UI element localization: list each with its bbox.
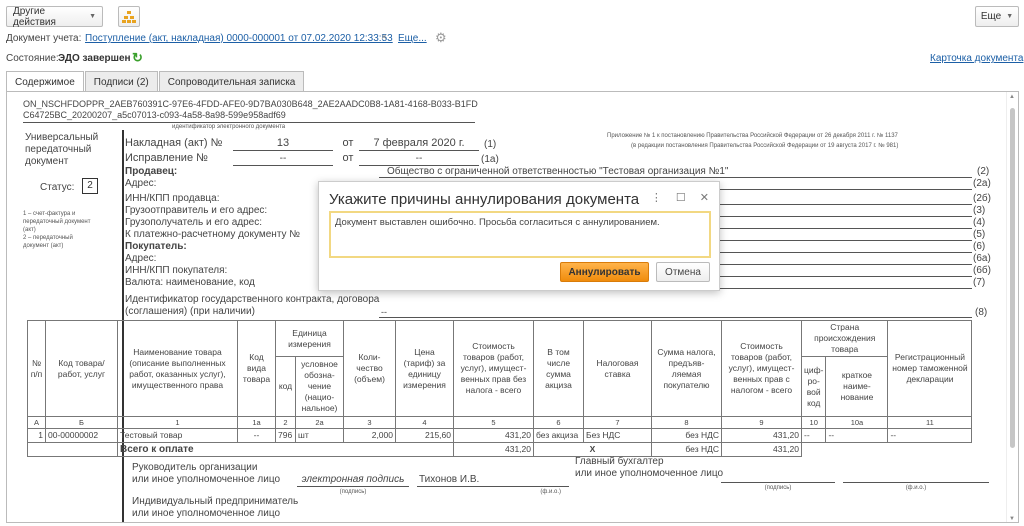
reason-textarea[interactable]: Документ выставлен ошибочно. Просьба сог… <box>329 211 711 258</box>
close-icon[interactable]: ✕ <box>700 191 709 204</box>
field-label: К платежно-расчетному документу № <box>125 229 300 240</box>
correction-code: (1а) <box>481 154 499 165</box>
scrollbar-thumb[interactable] <box>1010 108 1015 448</box>
correction-date: -- <box>359 153 479 164</box>
invoice-date: 7 февраля 2020 г. <box>359 137 479 149</box>
col-num: № п/п <box>28 321 46 417</box>
column-numbers-row: АБ11а22а34567891010а11 <box>28 417 972 429</box>
total-tax-sum: без НДС <box>652 443 722 457</box>
refresh-icon[interactable]: ↻ <box>132 50 143 66</box>
col-name: Наименование товара (описание выполненны… <box>118 321 238 417</box>
field-label: Покупатель: <box>125 241 187 252</box>
invoice-label: Накладная (акт) № <box>125 137 222 149</box>
column-number: 1 <box>118 417 238 429</box>
maximize-icon[interactable]: ☐ <box>676 191 686 204</box>
head-label2: или иное уполномоченное лицо <box>132 474 280 485</box>
ip-label2: или иное уполномоченное лицо <box>132 508 280 519</box>
ip-label1: Индивидуальный предприниматель <box>132 496 298 507</box>
column-number: 1а <box>238 417 276 429</box>
col-excise: В том числе сумма акциза <box>534 321 584 417</box>
total-row: Всего к оплате 431,20 X без НДС 431,20 <box>28 443 972 457</box>
other-actions-label: Другие действия <box>13 6 84 28</box>
field-label: ИНН/КПП покупателя: <box>125 265 227 276</box>
invoice-number: 13 <box>233 137 333 149</box>
table-cell: 796 <box>276 429 296 443</box>
account-doc-link[interactable]: Поступление (акт, накладная) 0000-000001… <box>85 33 393 44</box>
more-label: Еще <box>981 11 1001 22</box>
table-row: 100-00000002Тестовый товар--796шт2,00021… <box>28 429 972 443</box>
other-actions-button[interactable]: Другие действия▼ <box>6 6 103 27</box>
clear-icon[interactable]: × <box>381 32 387 43</box>
col-unit-name: условное обозна- чение (нацио- нальное) <box>296 357 344 417</box>
table-cell: 2,000 <box>344 429 396 443</box>
cancel-reason-dialog: Укажите причины аннулирования документа … <box>318 181 720 291</box>
status-note: 1 – счет-фактура ипередаточный документ(… <box>23 210 90 250</box>
appendix-line1: Приложение № 1 к постановлению Правитель… <box>607 133 898 139</box>
chevron-down-icon: ▼ <box>89 13 96 20</box>
correction-number: -- <box>233 153 333 164</box>
accountant-label1: Главный бухгалтер <box>575 456 664 467</box>
field-value: Общество с ограниченной ответственностью… <box>387 166 728 177</box>
table-cell: без акциза <box>534 429 584 443</box>
account-doc-more-link[interactable]: Еще... <box>398 33 427 44</box>
table-cell: 1 <box>28 429 46 443</box>
table-cell: 215,60 <box>396 429 454 443</box>
structure-button[interactable] <box>118 6 140 27</box>
contract-label2: (соглашения) (при наличии) <box>125 306 255 317</box>
accountant-name-caption: (ф.и.о.) <box>843 485 989 491</box>
state-label: Состояние: <box>6 53 59 64</box>
contract-label1: Идентификатор государственного контракта… <box>125 294 379 305</box>
column-number: А <box>28 417 46 429</box>
column-number: 3 <box>344 417 396 429</box>
chevron-down-icon: ▼ <box>1006 13 1013 20</box>
field-code: (6) <box>973 241 985 252</box>
sign-caption: (подпись) <box>297 489 409 495</box>
name-caption: (ф.и.о.) <box>417 489 569 495</box>
column-number: 4 <box>396 417 454 429</box>
head-name: Тихонов И.В. <box>419 474 479 485</box>
cancel-button[interactable]: Отмена <box>656 262 710 282</box>
table-cell: 00-00000002 <box>46 429 118 443</box>
col-unit-code: код <box>276 357 296 417</box>
field-code: (2) <box>977 166 989 177</box>
field-code: (6б) <box>973 265 991 276</box>
col-tax-sum: Сумма налога, предъяв- ляемая покупателю <box>652 321 722 417</box>
column-number: 6 <box>534 417 584 429</box>
total-cost-no-tax: 431,20 <box>454 443 534 457</box>
column-number: 2а <box>296 417 344 429</box>
table-cell: Тестовый товар <box>118 429 238 443</box>
doc-id-line2: C64725BC_20200207_a5c07013-c093-4a58-8a9… <box>23 110 286 120</box>
column-number: 2 <box>276 417 296 429</box>
table-cell: Без НДС <box>584 429 652 443</box>
field-code: (7) <box>973 277 985 288</box>
table-cell: 431,20 <box>454 429 534 443</box>
table-cell: -- <box>826 429 888 443</box>
col-country-code: циф- ро- вой код <box>802 357 826 417</box>
col-customs: Регистрационный номер таможенной деклара… <box>888 321 972 417</box>
column-number: 7 <box>584 417 652 429</box>
correction-label: Исправление № <box>125 152 208 164</box>
col-country-name: краткое наиме- нование <box>826 357 888 417</box>
accountant-sign-caption: (подпись) <box>721 485 835 491</box>
col-price: Цена (тариф) за единицу измерения <box>396 321 454 417</box>
table-cell: -- <box>802 429 826 443</box>
upd-title: Универсальныйпередаточныйдокумент <box>25 132 98 168</box>
state-value: ЭДО завершен <box>58 53 131 64</box>
doc-id-caption: идентификатор электронного документа <box>172 124 285 130</box>
tab-bar: Содержимое Подписи (2) Сопроводительная … <box>6 71 305 92</box>
col-cost-with-tax: Стоимость товаров (работ, услуг), имущес… <box>722 321 802 417</box>
status-value: 2 <box>82 178 98 194</box>
col-qty: Коли- чество (объем) <box>344 321 396 417</box>
field-code: (4) <box>973 217 985 228</box>
field-label: ИНН/КПП продавца: <box>125 193 219 204</box>
annul-button[interactable]: Аннулировать <box>560 262 649 282</box>
table-cell: шт <box>296 429 344 443</box>
invoice-code: (1) <box>484 139 496 150</box>
column-number: 8 <box>652 417 722 429</box>
head-signature: электронная подпись <box>297 474 409 485</box>
field-code: (6а) <box>973 253 991 264</box>
table-cell: без НДС <box>652 429 722 443</box>
total-x-mark: X <box>534 443 652 457</box>
accountant-label2: или иное уполномоченное лицо <box>575 468 723 479</box>
doc-card-link[interactable]: Карточка документа <box>930 53 1023 64</box>
column-number: 5 <box>454 417 534 429</box>
col-cost-no-tax: Стоимость товаров (работ, услуг), имущес… <box>454 321 534 417</box>
field-label: Грузополучатель и его адрес: <box>125 217 262 228</box>
account-doc-label: Документ учета: <box>6 33 81 44</box>
column-number: 10 <box>802 417 826 429</box>
col-tax-rate: Налоговая ставка <box>584 321 652 417</box>
tab-content[interactable]: Содержимое <box>6 71 84 93</box>
col-country: Страна происхождения товара <box>802 321 888 357</box>
col-kind: Код вида товара <box>238 321 276 417</box>
appendix-line2: (в редакции постановления Правительства … <box>631 143 898 149</box>
goods-table: № п/п Код товара/ работ, услуг Наименова… <box>27 320 972 457</box>
field-label: Продавец: <box>125 166 177 177</box>
column-number: 10а <box>826 417 888 429</box>
head-label1: Руководитель организации <box>132 462 257 473</box>
more-menu-icon[interactable]: ⋮ <box>651 191 662 204</box>
hierarchy-icon <box>122 11 136 23</box>
col-unit: Единица измерения <box>276 321 344 357</box>
dialog-title: Укажите причины аннулирования документа <box>329 191 639 208</box>
column-number: 9 <box>722 417 802 429</box>
field-label: Грузоотправитель и его адрес: <box>125 205 267 216</box>
field-label: Адрес: <box>125 178 156 189</box>
table-cell: -- <box>238 429 276 443</box>
total-label: Всего к оплате <box>118 443 454 457</box>
doc-id-line1: ON_NSCHFDOPPR_2AEB760391C-97E6-4FDD-AFE0… <box>23 99 478 109</box>
scroll-down-icon[interactable]: ▼ <box>1009 516 1015 522</box>
field-label: Валюта: наименование, код <box>125 277 255 288</box>
upd-document: ON_NSCHFDOPPR_2AEB760391C-97E6-4FDD-AFE0… <box>7 92 1007 523</box>
vertical-scrollbar[interactable]: ▲ ▼ <box>1006 92 1018 523</box>
field-code: (2а) <box>973 178 991 189</box>
gear-icon[interactable]: ⚙ <box>435 30 447 46</box>
table-cell: -- <box>888 429 972 443</box>
total-cost-with-tax: 431,20 <box>722 443 802 457</box>
column-number: Б <box>46 417 118 429</box>
status-label: Статус: <box>40 182 74 193</box>
scroll-up-icon[interactable]: ▲ <box>1009 94 1015 100</box>
contract-value: -- <box>381 307 387 317</box>
field-code: (5) <box>973 229 985 240</box>
field-code: (2б) <box>973 193 991 204</box>
more-button[interactable]: Еще▼ <box>975 6 1019 27</box>
col-code: Код товара/ работ, услуг <box>46 321 118 417</box>
table-cell: 431,20 <box>722 429 802 443</box>
column-number: 11 <box>888 417 972 429</box>
document-panel: ON_NSCHFDOPPR_2AEB760391C-97E6-4FDD-AFE0… <box>6 91 1019 523</box>
tab-cover-note[interactable]: Сопроводительная записка <box>159 71 305 92</box>
field-label: Адрес: <box>125 253 156 264</box>
tab-signatures[interactable]: Подписи (2) <box>85 71 158 92</box>
contract-code: (8) <box>975 307 987 318</box>
field-code: (3) <box>973 205 985 216</box>
